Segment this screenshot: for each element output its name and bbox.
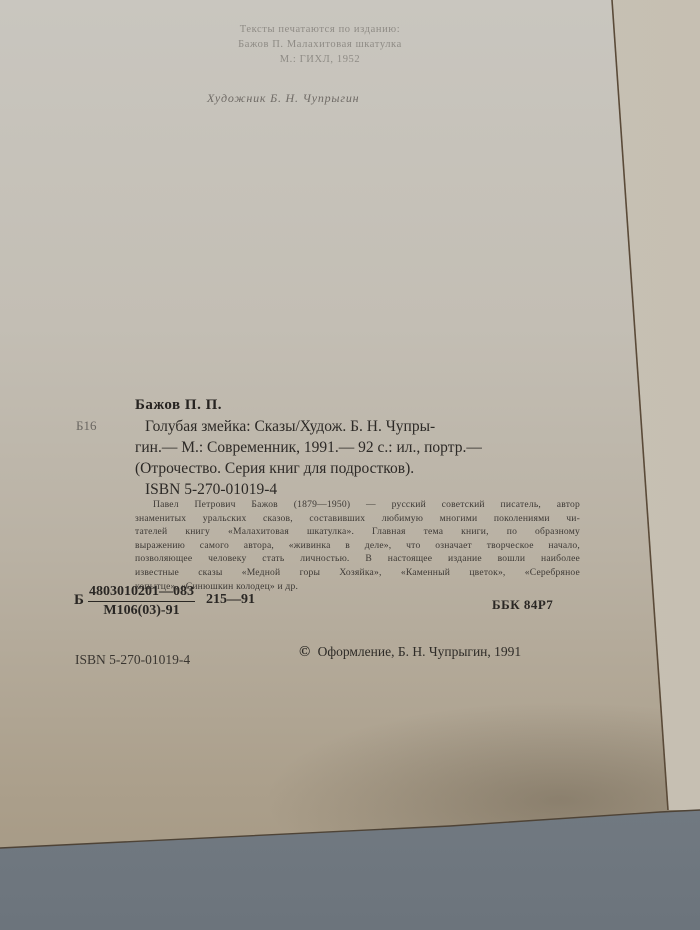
- source-line-2: Бажов П. Малахитовая шкатулка: [200, 37, 440, 52]
- biblio-line-3: (Отрочество. Серия книг для подростков).: [135, 458, 482, 479]
- annotation-line: копытце», «Синюшкин колодец» и др.: [135, 580, 580, 594]
- annotation-line: Павел Петрович Бажов (1879—1950) — русск…: [135, 498, 580, 512]
- copyright-notice: © Оформление, Б. Н. Чупрыгин, 1991: [299, 644, 521, 661]
- annotation-line: выражению самого автора, «живинка в деле…: [135, 539, 580, 553]
- library-code: Б16: [76, 418, 96, 434]
- source-line-1: Тексты печатаются по изданию:: [200, 22, 440, 37]
- annotation-line: тателей книгу «Малахитовая шкатулка». Гл…: [135, 525, 580, 539]
- biblio-line-2: гин.— М.: Современник, 1991.— 92 с.: ил.…: [135, 437, 482, 458]
- source-edition-note: Тексты печатаются по изданию: Бажов П. М…: [200, 22, 440, 67]
- footer-isbn: ISBN 5-270-01019-4: [75, 652, 190, 668]
- annotation-line: позволяющее человеку стать личностью. В …: [135, 552, 580, 566]
- annotation-line: известные сказы «Медной горы Хозяйка», «…: [135, 566, 580, 580]
- classification-numerator: 4803010201—083: [88, 584, 195, 602]
- author-heading: Бажов П. П.: [135, 397, 222, 414]
- copyright-icon: ©: [299, 644, 310, 660]
- artist-credit: Художник Б. Н. Чупрыгин: [207, 91, 359, 106]
- bibliographic-description: Голубая змейка: Сказы/Худож. Б. Н. Чупры…: [135, 416, 482, 500]
- annotation-line: знаменитых уральских сказов, составивших…: [135, 512, 580, 526]
- biblio-line-1: Голубая змейка: Сказы/Худож. Б. Н. Чупры…: [135, 416, 482, 437]
- classification-denominator: М106(03)-91: [88, 602, 195, 619]
- classification-suffix: 215—91: [206, 592, 255, 608]
- classification-prefix: Б: [74, 592, 84, 609]
- copyright-text: Оформление, Б. Н. Чупрыгин, 1991: [318, 644, 522, 659]
- annotation: Павел Петрович Бажов (1879—1950) — русск…: [135, 498, 580, 593]
- classification-fraction: 4803010201—083 М106(03)-91: [88, 584, 195, 619]
- source-line-3: М.: ГИХЛ, 1952: [200, 52, 440, 67]
- bbk-code: ББК 84Р7: [492, 597, 553, 613]
- biblio-isbn: ISBN 5-270-01019-4: [135, 479, 482, 500]
